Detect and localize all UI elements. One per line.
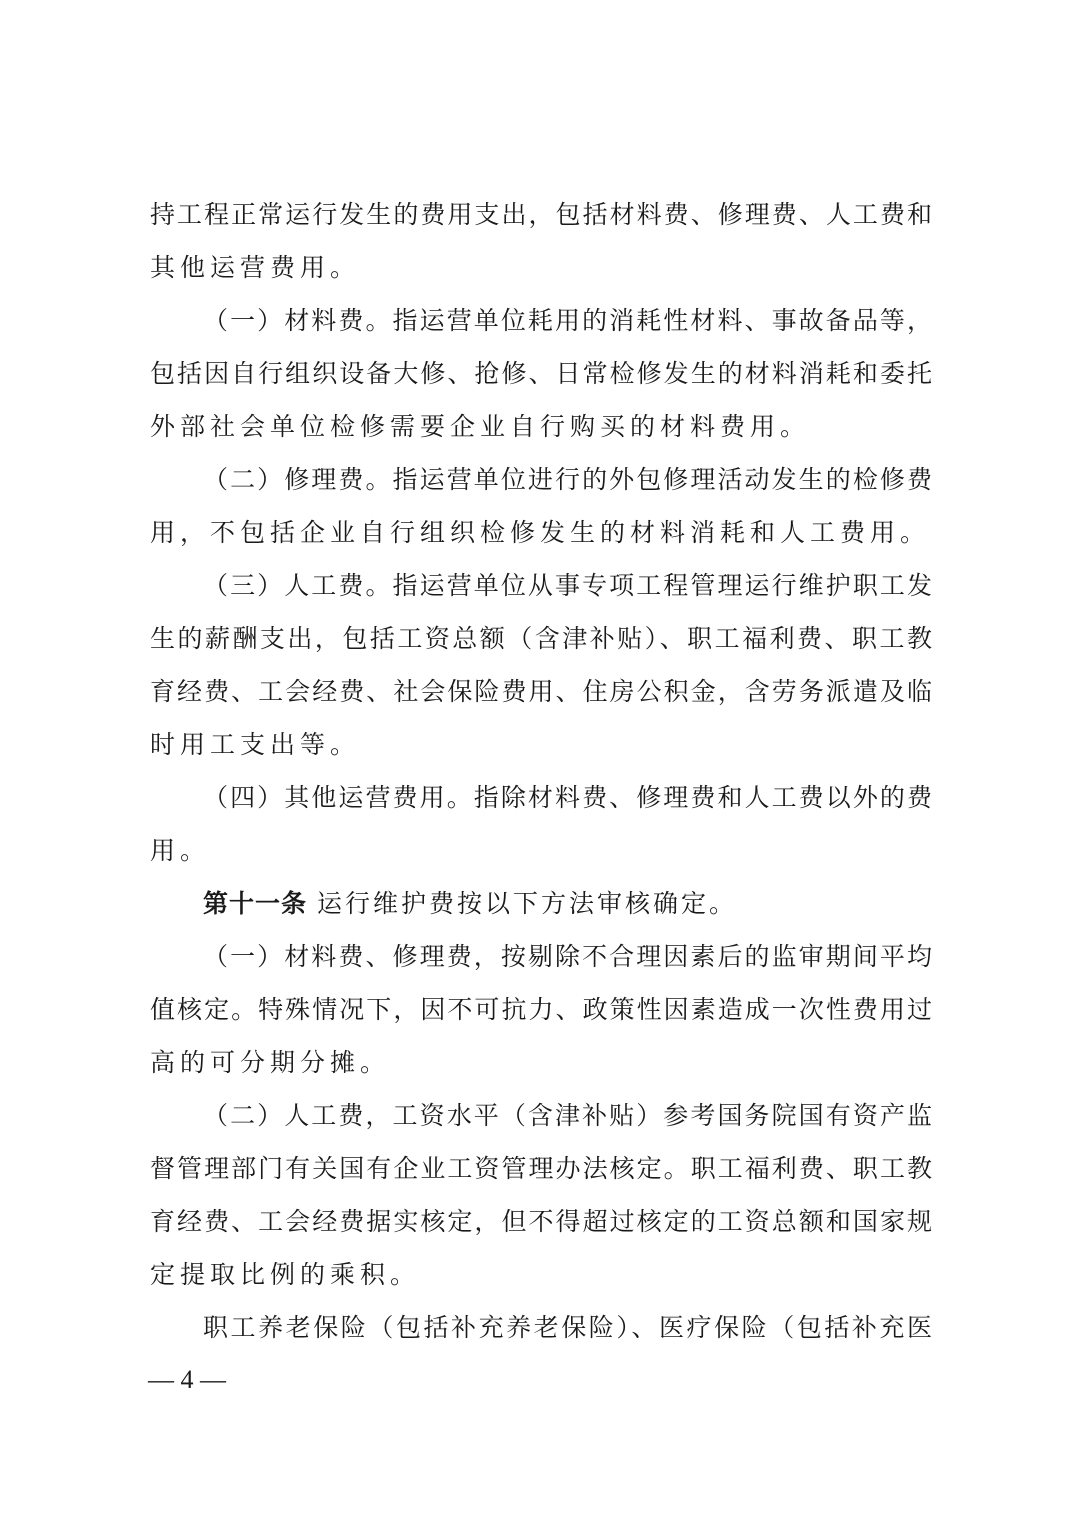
paragraph-line: 其他运营费用。	[150, 252, 932, 284]
paragraph-line: 用，不包括企业自行组织检修发生的材料消耗和人工费用。	[150, 517, 932, 549]
paragraph-line: 育经费、工会经费、社会保险费用、住房公积金，含劳务派遣及临	[150, 676, 932, 708]
paragraph-line: 高的可分期分摊。	[150, 1047, 932, 1079]
rule-materials-line: （一）材料费、修理费，按剔除不合理因素后的监审期间平均	[203, 941, 932, 973]
paragraph-line: 值核定。特殊情况下，因不可抗力、政策性因素造成一次性费用过	[150, 994, 932, 1026]
document-page: 持工程正常运行发生的费用支出，包括材料费、修理费、人工费和 其他运营费用。 （一…	[0, 0, 1080, 1528]
paragraph-line: 生的薪酬支出，包括工资总额（含津补贴）、职工福利费、职工教	[150, 623, 932, 655]
paragraph-line: 定提取比例的乘积。	[150, 1259, 932, 1291]
paragraph-line: 督管理部门有关国有企业工资管理办法核定。职工福利费、职工教	[150, 1153, 932, 1185]
article-heading: 第十一条	[203, 889, 307, 918]
page-number: — 4 —	[148, 1364, 226, 1396]
article-11: 第十一条运行维护费按以下方法审核确定。	[203, 888, 932, 920]
item-other-line: （四）其他运营费用。指除材料费、修理费和人工费以外的费	[203, 782, 932, 814]
insurance-line: 职工养老保险（包括补充养老保险）、医疗保险（包括补充医	[203, 1312, 932, 1344]
item-repair-line: （二）修理费。指运营单位进行的外包修理活动发生的检修费	[203, 464, 932, 496]
item-materials-line: （一）材料费。指运营单位耗用的消耗性材料、事故备品等，	[203, 305, 932, 337]
paragraph-line: 用。	[150, 835, 932, 867]
paragraph-line: 时用工支出等。	[150, 729, 932, 761]
article-text: 运行维护费按以下方法审核确定。	[317, 889, 737, 918]
paragraph-line: 持工程正常运行发生的费用支出，包括材料费、修理费、人工费和	[150, 199, 932, 231]
paragraph-line: 包括因自行组织设备大修、抢修、日常检修发生的材料消耗和委托	[150, 358, 932, 390]
paragraph-line: 外部社会单位检修需要企业自行购买的材料费用。	[150, 411, 932, 443]
paragraph-line: 育经费、工会经费据实核定，但不得超过核定的工资总额和国家规	[150, 1206, 932, 1238]
rule-labor-line: （二）人工费，工资水平（含津补贴）参考国务院国有资产监	[203, 1100, 932, 1132]
item-labor-line: （三）人工费。指运营单位从事专项工程管理运行维护职工发	[203, 570, 932, 602]
